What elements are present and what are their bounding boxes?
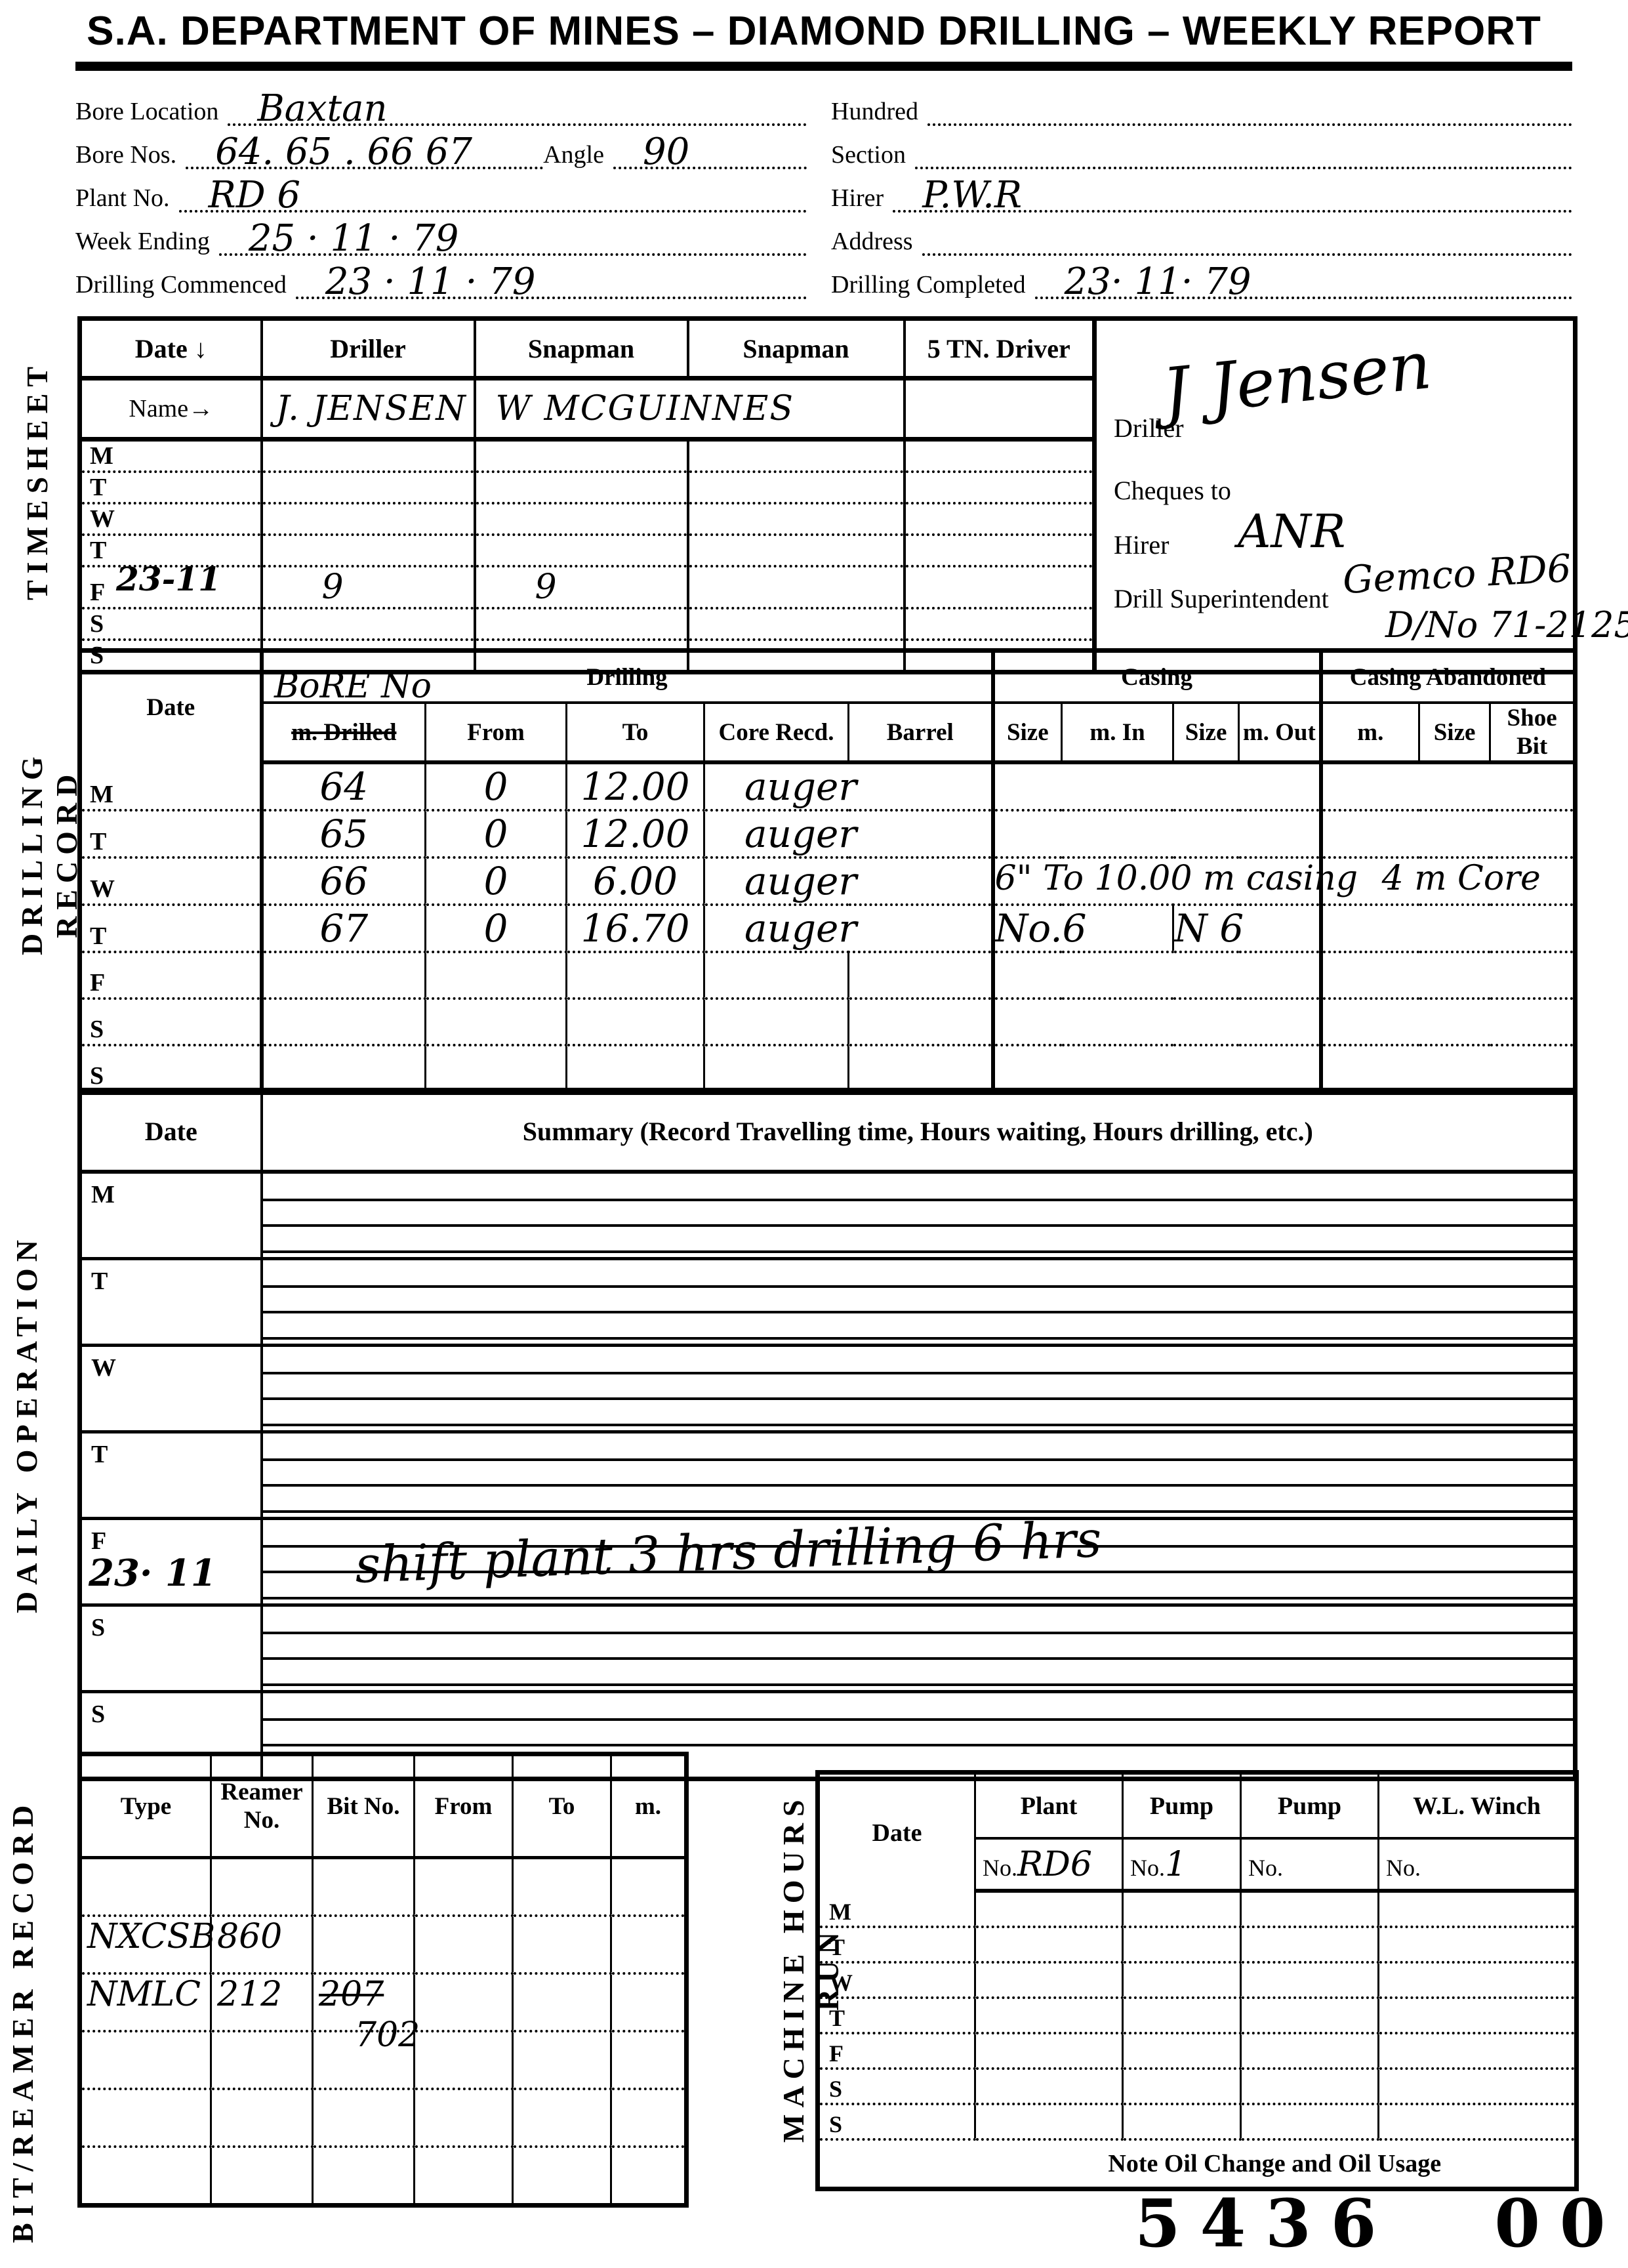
field-bore-nos: Bore Nos. 64. 65 . 66 67 Angle 90 [75, 126, 807, 169]
abandoned-m-header: m. [1321, 703, 1419, 762]
daily-row-wed: W [80, 1346, 1576, 1432]
casing-group-header: Casing [993, 651, 1321, 703]
timesheet-col-driver: 5 TN. Driver [905, 319, 1095, 379]
bit-reamer-row-5 [80, 2089, 687, 2147]
field-address: Address [831, 213, 1572, 256]
field-hundred: Hundred [831, 83, 1572, 126]
header-right-column: Hundred Section Hirer P.W.R Address Dril… [831, 83, 1572, 299]
drilling-row-mon: M 64 0 12.00 auger [80, 762, 1576, 810]
timesheet-driver-name-empty [905, 379, 1095, 440]
plant-no-label: Plant No. [75, 185, 179, 213]
timesheet-name-label: Name→ [80, 379, 262, 440]
week-ending-line: 25 · 11 · 79 [219, 210, 807, 256]
machine-date-header: Date [818, 1773, 975, 1891]
to-value: 6.00 [567, 857, 704, 905]
bore-nos-label: Bore Nos. [75, 142, 186, 169]
daily-row-thu: T [80, 1432, 1576, 1519]
core-recd-header: Core Recd. [704, 703, 849, 762]
casing-size-note: No.6 [993, 905, 1173, 952]
timesheet-friday-snapman-hours: 9 [475, 566, 688, 608]
drilling-row-fri: F [80, 952, 1576, 999]
from-header: From [426, 703, 567, 762]
field-drilling-completed: Drilling Completed 23· 11· 79 [831, 256, 1572, 299]
drilling-completed-label: Drilling Completed [831, 272, 1035, 299]
section-line [915, 123, 1572, 169]
from-value: 0 [426, 857, 567, 905]
timesheet-friday-date: 23-11 [116, 560, 221, 598]
drilling-commenced-label: Drilling Commenced [75, 272, 296, 299]
timesheet-driller-name: J. JENSEN [262, 379, 475, 440]
daily-row-fri: F23· 11 shift plant 3 hrs drilling 6 hrs [80, 1519, 1576, 1605]
field-hirer: Hirer P.W.R [831, 169, 1572, 213]
daily-row-tue: T [80, 1259, 1576, 1346]
reamer-no-value: 212 [211, 1973, 313, 2031]
daily-friday-date: 23· 11 [89, 1552, 216, 1595]
to-value: 16.70 [567, 905, 704, 952]
m-out-header: m. Out [1239, 703, 1321, 762]
daily-row-sat: S [80, 1605, 1576, 1692]
header-left-column: Bore Location Baxtan Bore Nos. 64. 65 . … [75, 83, 807, 299]
drilling-commenced-line: 23 · 11 · 79 [296, 253, 807, 299]
section-label: Section [831, 142, 915, 169]
hirer-line: P.W.R [893, 167, 1572, 213]
machine-row-fri: F [818, 2033, 1577, 2069]
plant-no-handwritten: RD6 [1017, 1845, 1092, 1884]
to-value: 12.00 [567, 810, 704, 857]
timesheet-col-snapman2: Snapman [688, 319, 905, 379]
pump1-no-cell: No.1 [1123, 1838, 1241, 1891]
field-plant-no: Plant No. RD 6 [75, 169, 807, 213]
to-header: To [513, 1754, 611, 1858]
machine-hours-note-row: Note Oil Change and Oil Usage [818, 2139, 1577, 2189]
abandoned-size-header: Size [1419, 703, 1490, 762]
stamp-right: 0009 [1494, 2185, 1628, 2262]
bore-no-handwritten-note: BoRE No [274, 667, 432, 706]
drilling-row-wed: W 66 0 6.00 auger 6" To 10.00 m casing 4… [80, 857, 1576, 905]
plant-group-header: Plant [975, 1773, 1123, 1839]
signoff-docket-no: D/No 71-2125 [1385, 604, 1628, 646]
bit-reamer-row-1 [80, 1858, 687, 1916]
plant-no-cell: No.RD6 [975, 1838, 1123, 1891]
signoff-driller-label: Driller [1114, 413, 1184, 443]
pump1-group-header: Pump [1123, 1773, 1241, 1839]
casing-abandoned-note: 4 m Core [1321, 857, 1576, 905]
drilling-date-header: Date [80, 651, 262, 763]
drilling-row-tue: T 65 0 12.00 auger [80, 810, 1576, 857]
stamp-numbers: 5436 0009 [1135, 2185, 1628, 2262]
winch-no-cell: No. [1379, 1838, 1577, 1891]
machine-row-wed: W [818, 1962, 1577, 1998]
from-header: From [415, 1754, 513, 1858]
drilling-row-sat: S [80, 999, 1576, 1045]
daily-operation-header-row: Date Summary (Record Travelling time, Ho… [80, 1090, 1576, 1172]
angle-line: 90 [613, 123, 807, 169]
from-value: 0 [426, 810, 567, 857]
daily-summary-header: Summary (Record Travelling time, Hours w… [262, 1090, 1576, 1172]
field-drilling-commenced: Drilling Commenced 23 · 11 · 79 [75, 256, 807, 299]
timesheet-col-date: Date ↓ [80, 319, 262, 379]
drilling-commenced-value: 23 · 11 · 79 [325, 260, 536, 303]
casing-abandoned-group-header: Casing Abandoned [1321, 651, 1576, 703]
shoe-bit-header: Shoe Bit [1490, 703, 1576, 762]
timesheet-header-row: Date ↓ Driller Snapman Snapman 5 TN. Dri… [80, 319, 1576, 379]
bit-reamer-section-label: BIT/REAMER RECORD [5, 1781, 40, 2260]
barrel-value: auger [704, 762, 993, 810]
casing-out-note: N 6 [1173, 905, 1321, 952]
bit-reamer-row-3: NMLC 212 207 702 [80, 1973, 687, 2031]
bit-reamer-row-2: NXCSB 860 [80, 1916, 687, 1973]
drilling-row-sun: S [80, 1045, 1576, 1093]
daily-operation-table: Date Summary (Record Travelling time, Ho… [77, 1088, 1573, 1706]
hundred-line [927, 80, 1572, 126]
barrel-value: auger [704, 857, 993, 905]
drilling-completed-value: 23· 11· 79 [1065, 260, 1252, 303]
bit-reamer-table: Type Reamer No. Bit No. From To m. NXCSB… [77, 1752, 684, 2185]
address-line [922, 210, 1572, 256]
bore-nos-line: 64. 65 . 66 67 [186, 123, 543, 169]
machine-row-sun: S [818, 2104, 1577, 2139]
machine-hours-group-row: Date Plant Pump Pump W.L. Winch [818, 1773, 1577, 1839]
bit-reamer-row-6 [80, 2147, 687, 2206]
timesheet-signoff-panel: J Jensen Driller Cheques to Hirer ANR Dr… [1095, 319, 1576, 672]
daily-row-mon: M [80, 1172, 1576, 1259]
daily-operation-section-label: DAILY OPERATION [9, 1220, 44, 1627]
address-label: Address [831, 228, 922, 256]
machine-row-thu: T [818, 1998, 1577, 2033]
machine-hours-table: Date Plant Pump Pump W.L. Winch No.RD6 N… [815, 1770, 1574, 2157]
hirer-label: Hirer [831, 185, 893, 213]
stamp-left: 5436 [1135, 2185, 1396, 2262]
signoff-superintendent-value: Gemco RD6 [1341, 546, 1572, 602]
signoff-superintendent-label: Drill Superintendent [1114, 583, 1329, 614]
bit-no-value: 207 702 [313, 1973, 415, 2031]
signoff-hirer-label: Hirer [1114, 529, 1169, 560]
machine-row-tue: T [818, 1927, 1577, 1962]
bore-no-value: 67 [262, 905, 426, 952]
bore-location-label: Bore Location [75, 98, 228, 126]
bit-no-header: Bit No. [313, 1754, 415, 1858]
pump2-no-cell: No. [1241, 1838, 1379, 1891]
field-bore-location: Bore Location Baxtan [75, 83, 807, 126]
casing-size2-header: Size [1173, 703, 1239, 762]
title-rule [75, 62, 1572, 71]
bit-reamer-header-row: Type Reamer No. Bit No. From To m. [80, 1754, 687, 1858]
weekly-report-form: S.A. DEPARTMENT OF MINES – DIAMOND DRILL… [0, 0, 1628, 2268]
bit-type-value: NMLC [80, 1973, 211, 2031]
week-ending-label: Week Ending [75, 228, 219, 256]
timesheet-section-label: TIMESHEET [20, 364, 54, 600]
drilling-record-section-label: DRILLING RECORD [14, 682, 84, 1023]
timesheet-friday-driller-hours: 9 [262, 566, 475, 608]
timesheet-table: Date ↓ Driller Snapman Snapman 5 TN. Dri… [77, 316, 1573, 626]
from-value: 0 [426, 762, 567, 810]
timesheet-col-snapman1: Snapman [475, 319, 688, 379]
oil-change-note: Note Oil Change and Oil Usage [975, 2139, 1577, 2189]
type-header: Type [80, 1754, 211, 1858]
machine-row-mon: M [818, 1891, 1577, 1927]
drilling-record-table: BoRE No Date Drilling Casing Casing Aban… [77, 648, 1573, 1054]
form-title: S.A. DEPARTMENT OF MINES – DIAMOND DRILL… [0, 8, 1628, 54]
pump2-group-header: Pump [1241, 1773, 1379, 1839]
signoff-cheques-label: Cheques to [1114, 475, 1231, 506]
to-header: To [567, 703, 704, 762]
plant-no-line: RD 6 [179, 167, 807, 213]
casing-size-header: Size [993, 703, 1062, 762]
field-week-ending: Week Ending 25 · 11 · 79 [75, 213, 807, 256]
m-drilled-header: m. Drilled [262, 703, 426, 762]
hundred-label: Hundred [831, 98, 927, 126]
barrel-value: auger [704, 905, 993, 952]
timesheet-col-driller: Driller [262, 319, 475, 379]
daily-friday-note: shift plant 3 hrs drilling 6 hrs [354, 1510, 1102, 1594]
daily-date-header: Date [80, 1090, 262, 1172]
pump1-no-handwritten: 1 [1165, 1845, 1187, 1884]
timesheet-snapman-name: W MCGUINNES [475, 379, 905, 440]
bore-no-value: 64 [262, 762, 426, 810]
reamer-no-header: Reamer No. [211, 1754, 313, 1858]
driller-signature: J Jensen [1159, 327, 1435, 431]
bit-no-correction: 702 [350, 2015, 420, 2055]
barrel-value: auger [704, 810, 993, 857]
angle-label: Angle [543, 142, 613, 169]
bit-type-value: NXCSB [80, 1916, 211, 1973]
bore-no-value: 66 [262, 857, 426, 905]
m-header: m. [611, 1754, 687, 1858]
machine-row-sat: S [818, 2069, 1577, 2104]
field-section: Section [831, 126, 1572, 169]
bore-location-line: Baxtan [228, 80, 807, 126]
casing-note: 6" To 10.00 m casing [993, 857, 1321, 905]
from-value: 0 [426, 905, 567, 952]
drilling-completed-line: 23· 11· 79 [1035, 253, 1572, 299]
winch-group-header: W.L. Winch [1379, 1773, 1577, 1839]
bore-no-value: 65 [262, 810, 426, 857]
drilling-row-thu: T 67 0 16.70 auger No.6 N 6 [80, 905, 1576, 952]
reamer-no-value: 860 [211, 1916, 313, 1973]
to-value: 12.00 [567, 762, 704, 810]
drilling-subheader-row: m. Drilled From To Core Recd. Barrel Siz… [80, 703, 1576, 762]
signoff-hirer-value: ANR [1238, 505, 1346, 558]
m-in-header: m. In [1062, 703, 1173, 762]
barrel-header: Barrel [849, 703, 993, 762]
